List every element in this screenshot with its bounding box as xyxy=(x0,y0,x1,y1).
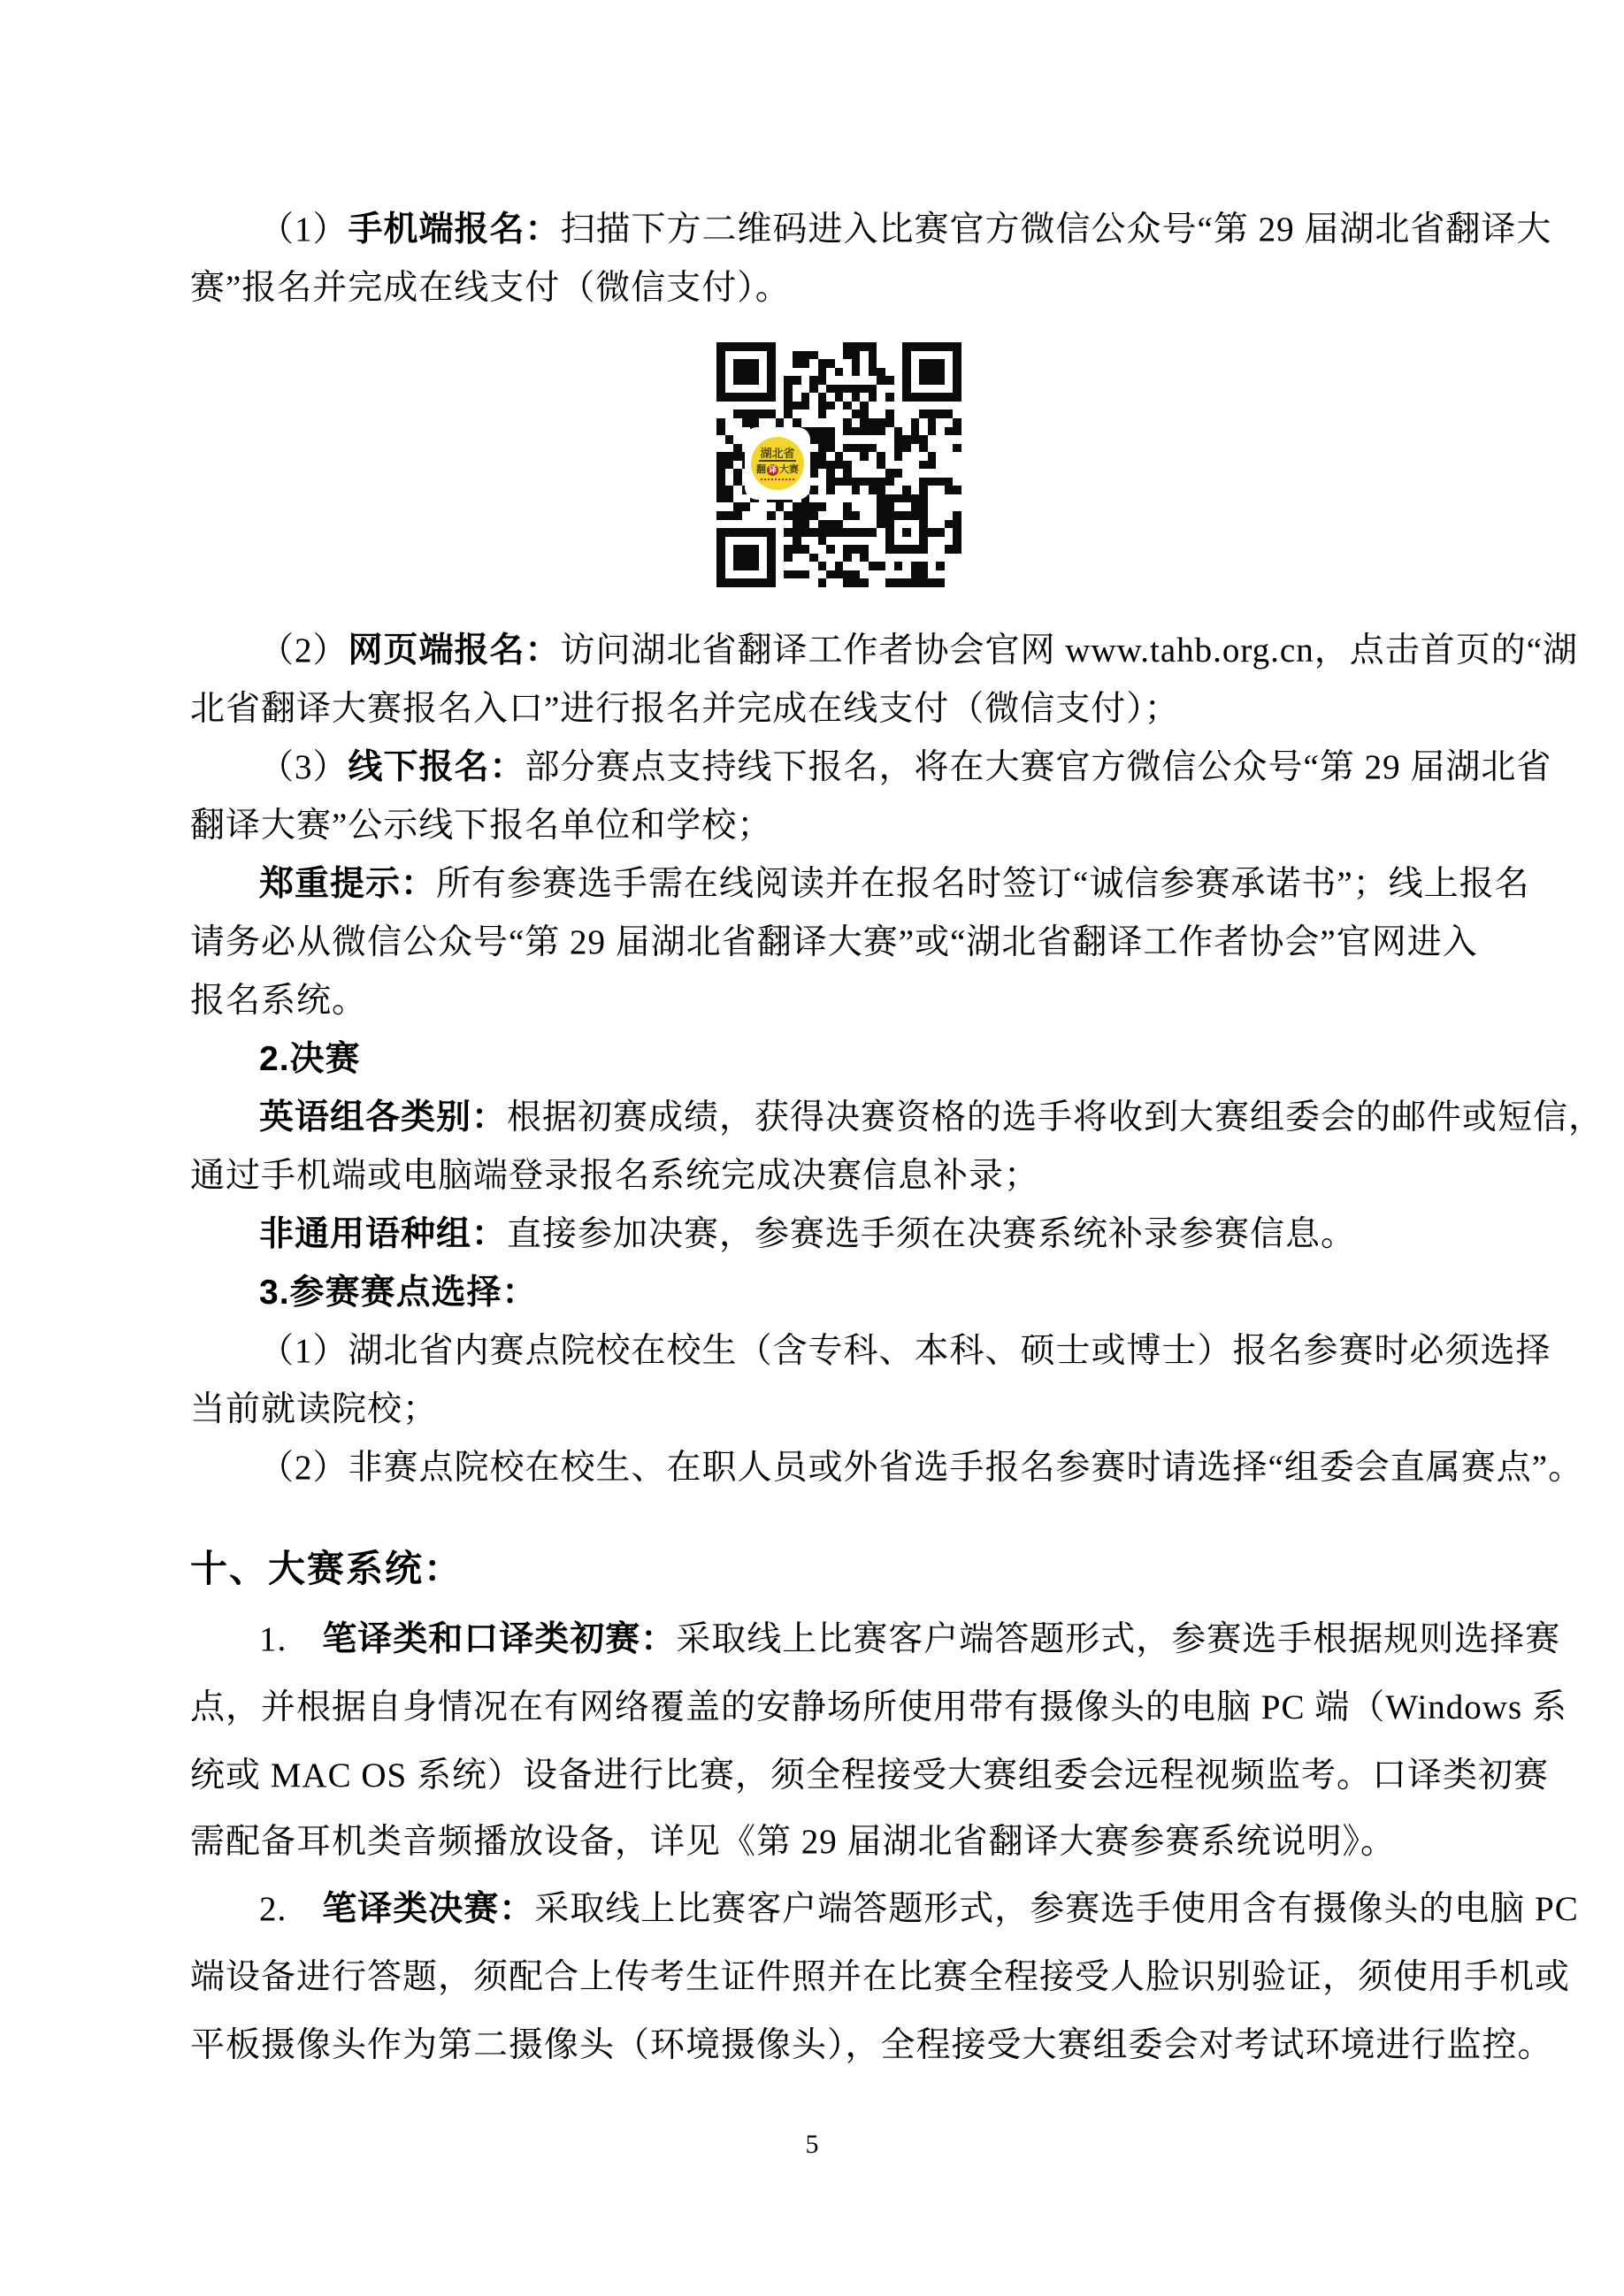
text-line: （1）湖北省内赛点院校在校生（含专科、本科、硕士或博士）报名参赛时必须选择 xyxy=(190,1332,1586,1372)
qr-center-logo: 湖北省 翻 译 大赛 xyxy=(747,429,808,498)
text-line: 2. 笔译类决赛：采取线上比赛客户端答题形式，参赛选手使用含有摄像头的电脑 PC xyxy=(190,1890,1586,1930)
text-line: 赛”报名并完成在线支付（微信支付）。 xyxy=(190,269,1517,309)
qr-logo-subtitle: 翻 译 大赛 xyxy=(756,463,799,476)
text-line: 非通用语种组：直接参加决赛，参赛选手须在决赛系统补录参赛信息。 xyxy=(190,1215,1586,1255)
text-line: 当前就读院校； xyxy=(190,1390,1517,1430)
qr-logo-title: 湖北省 xyxy=(759,447,795,463)
text-line: 请务必从微信公众号“第 29 届湖北省翻译大赛”或“湖北省翻译工作者协会”官网进… xyxy=(190,923,1517,963)
text-line: 2.决赛 xyxy=(190,1040,1586,1080)
text-line: 平板摄像头作为第二摄像头（环境摄像头），全程接受大赛组委会对考试环境进行监控。 xyxy=(190,2026,1517,2066)
text-line: 需配备耳机类音频播放设备，详见《第 29 届湖北省翻译大赛参赛系统说明》。 xyxy=(190,1823,1517,1863)
section-heading: 十、大赛系统： xyxy=(190,1548,1517,1591)
qr-logo-caption-line xyxy=(761,478,794,480)
text-line: （3）线下报名：部分赛点支持线下报名，将在大赛官方微信公众号“第 29 届湖北省 xyxy=(190,748,1586,788)
text-line: 北省翻译大赛报名入口”进行报名并完成在线支付（微信支付）； xyxy=(190,690,1517,730)
text-line: 3.参赛赛点选择： xyxy=(190,1274,1586,1313)
page-number: 5 xyxy=(0,2130,1624,2160)
qr-logo-circle: 湖北省 翻 译 大赛 xyxy=(751,437,804,490)
text-line: （2）网页端报名：访问湖北省翻译工作者协会官网 www.tahb.org.cn，… xyxy=(190,631,1586,671)
qr-logo-subtitle-post: 大赛 xyxy=(779,463,799,476)
text-line: 报名系统。 xyxy=(190,982,1517,1022)
qr-logo-badge: 译 xyxy=(767,464,778,476)
text-line: 翻译大赛”公示线下报名单位和学校； xyxy=(190,807,1517,846)
text-line: 英语组各类别：根据初赛成绩，获得决赛资格的选手将收到大赛组委会的邮件或短信， xyxy=(190,1098,1586,1138)
text-line: 点，并根据自身情况在有网络覆盖的安静场所使用带有摄像头的电脑 PC 端（Wind… xyxy=(190,1688,1517,1728)
text-line: 1. 笔译类和口译类初赛：采取线上比赛客户端答题形式，参赛选手根据规则选择赛 xyxy=(190,1620,1586,1660)
text-line: 端设备进行答题，须配合上传考生证件照并在比赛全程接受人脸识别验证，须使用手机或 xyxy=(190,1958,1517,1998)
document-page: （1）手机端报名：扫描下方二维码进入比赛官方微信公众号“第 29 届湖北省翻译大… xyxy=(0,0,1624,2296)
text-line: 统或 MAC OS 系统）设备进行比赛，须全程接受大赛组委会远程视频监考。口译类… xyxy=(190,1756,1517,1796)
text-line: 郑重提示：所有参赛选手需在线阅读并在报名时签订“诚信参赛承诺书”；线上报名 xyxy=(190,865,1586,905)
text-line: 通过手机端或电脑端登录报名系统完成决赛信息补录； xyxy=(190,1157,1517,1197)
text-line: （1）手机端报名：扫描下方二维码进入比赛官方微信公众号“第 29 届湖北省翻译大 xyxy=(190,210,1586,250)
qr-logo-subtitle-pre: 翻 xyxy=(756,463,766,476)
text-line: （2）非赛点院校在校生、在职人员或外省选手报名参赛时请选择“组委会直属赛点”。 xyxy=(190,1449,1586,1489)
